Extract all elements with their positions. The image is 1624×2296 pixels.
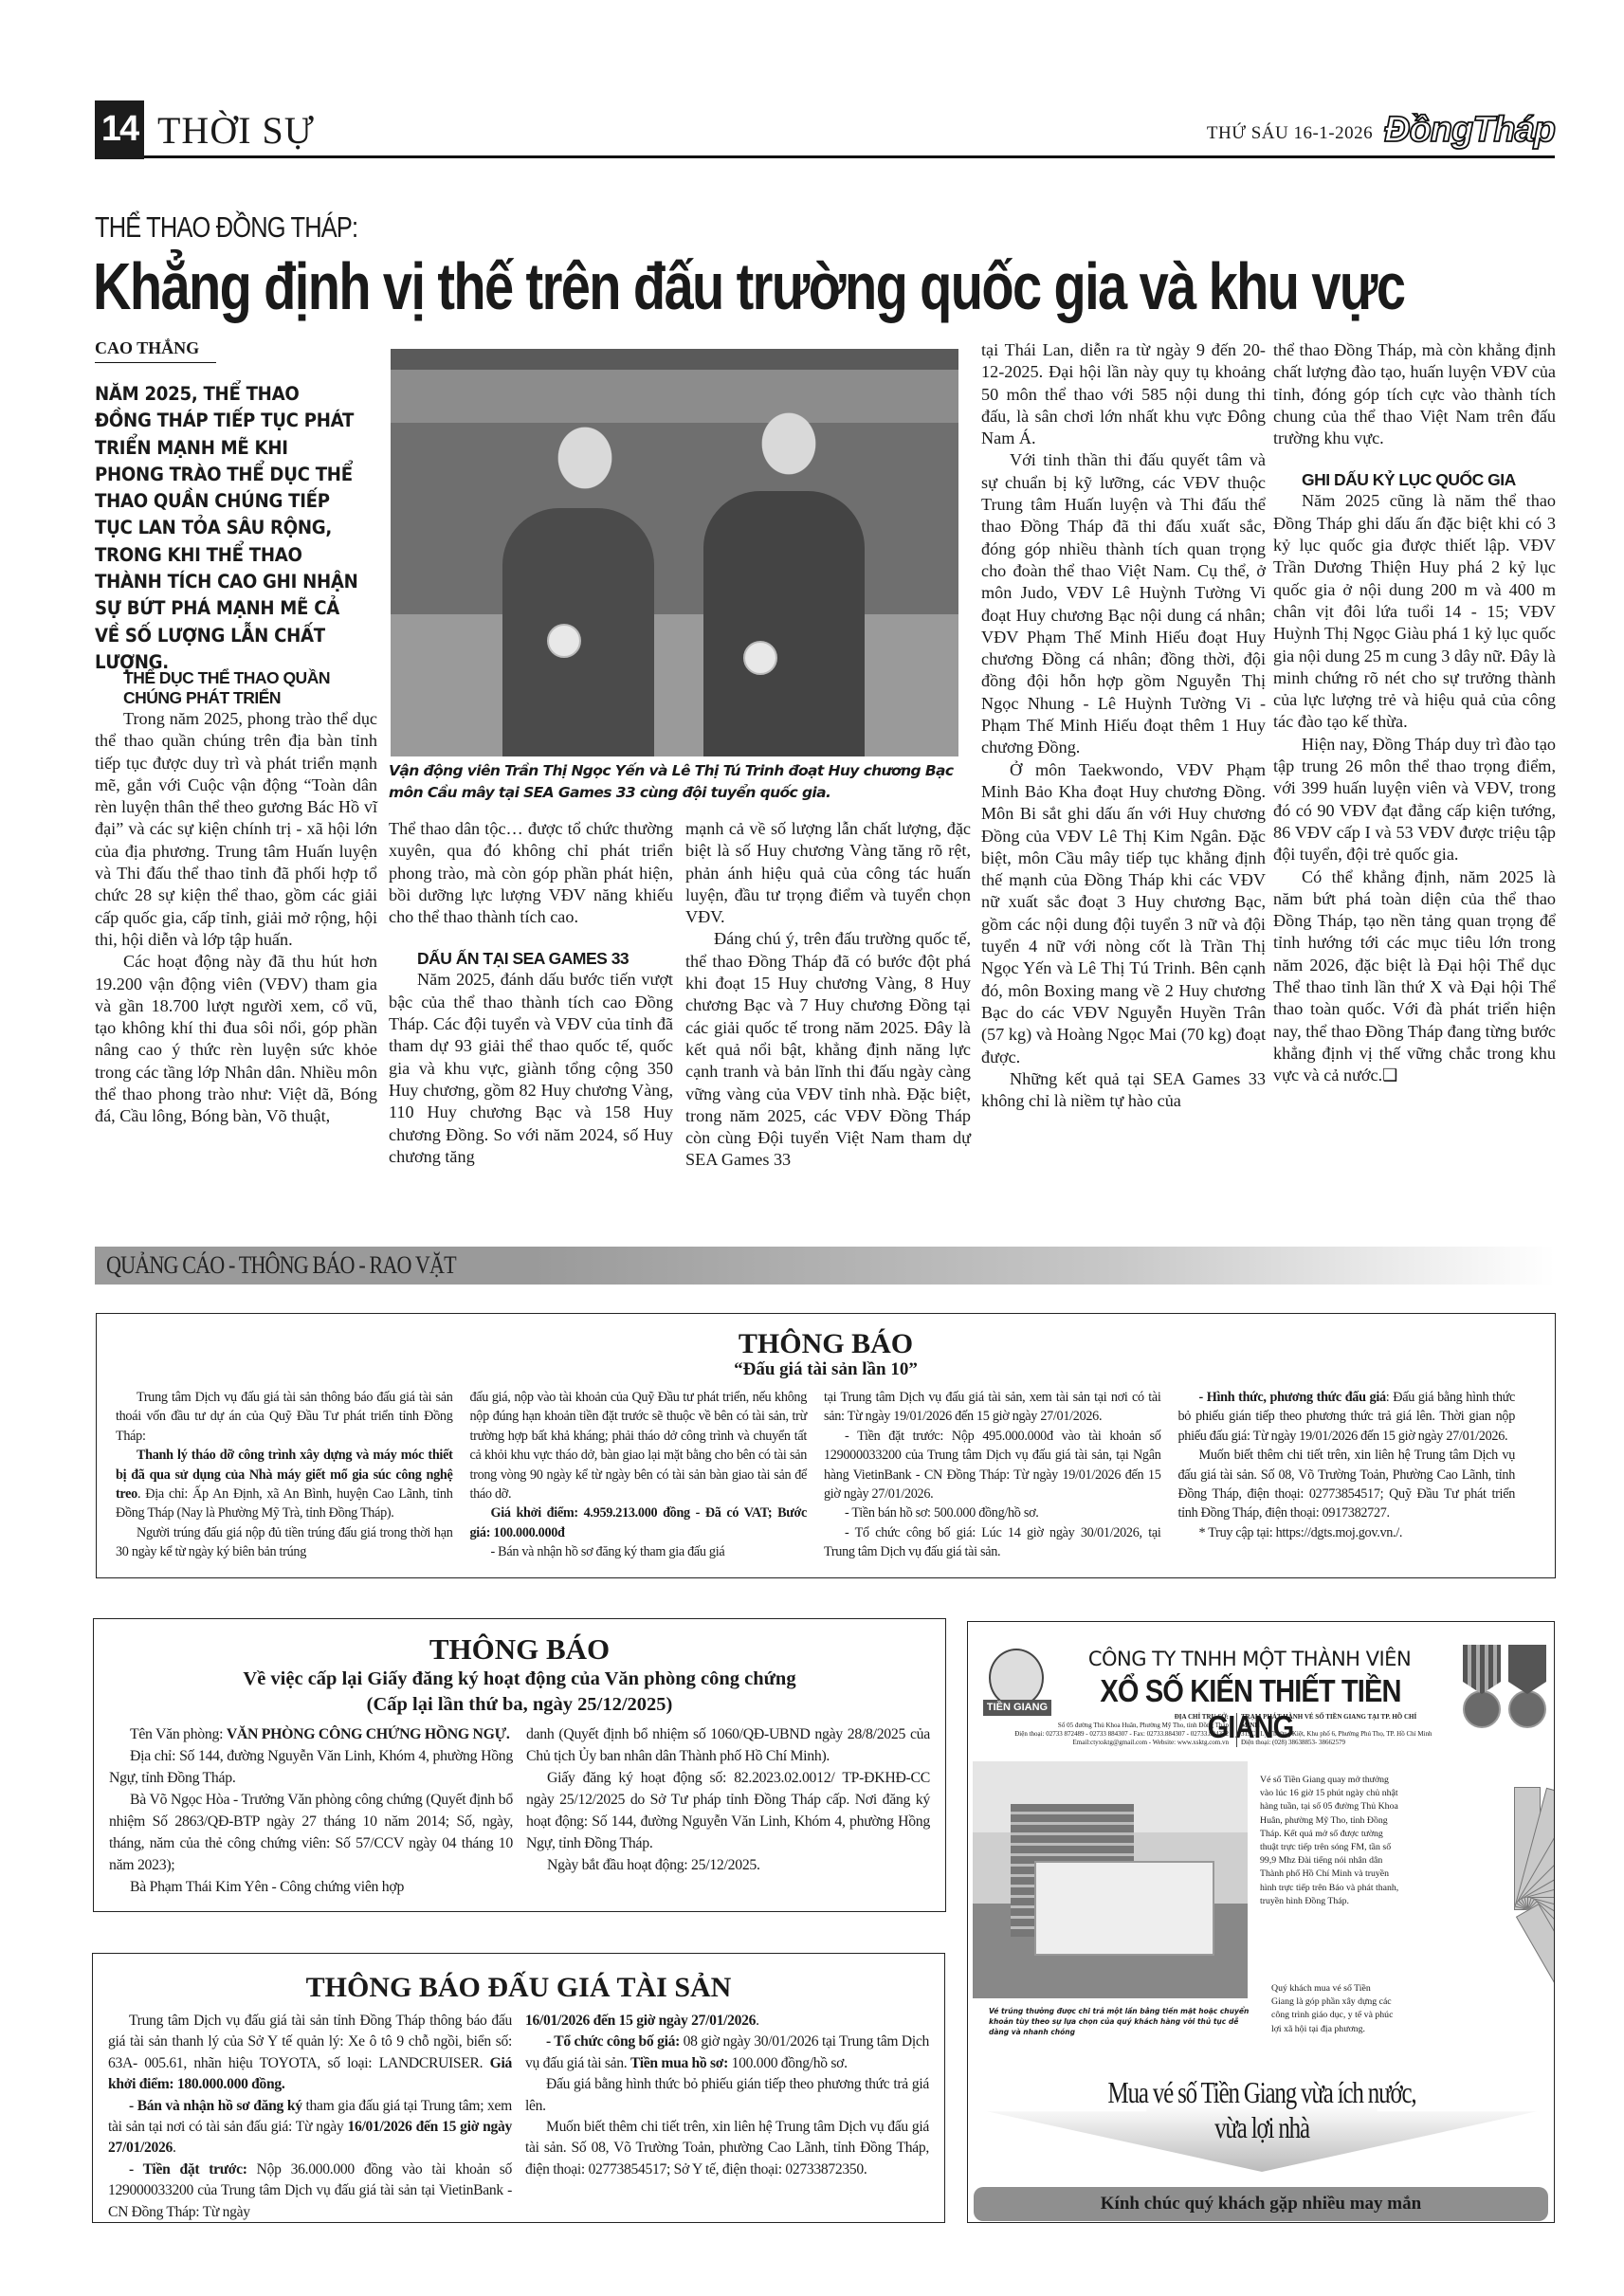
notice-auction-10: THÔNG BÁO “Đấu giá tài sản lần 10” Trung…: [96, 1313, 1556, 1578]
notice-paragraph: Người trúng đấu giá nộp đủ tiền trúng đấ…: [116, 1523, 453, 1562]
notice-paragraph: Thanh lý tháo dỡ công trình xây dựng và …: [116, 1446, 453, 1523]
company-type: CÔNG TY TNHH MỘT THÀNH VIÊN: [1074, 1648, 1425, 1670]
header-right: THỨ SÁU 16-1-2026 ĐồngTháp: [1207, 110, 1555, 150]
hq-address: Số 05 đường Thủ Khoa Huân, Phường Mỹ Tho…: [1006, 1722, 1229, 1730]
notice-column: Trung tâm Dịch vụ đấu giá tài sản tỉnh Đ…: [108, 2011, 512, 2223]
paragraph: Các hoạt động này đã thu hút hơn 19.200 …: [95, 951, 377, 1127]
branch-label: TRẠM PHÁT HÀNH VÉ SỐ TIỀN GIANG TẠI TP. …: [1241, 1713, 1435, 1730]
notice-title: THÔNG BÁO: [97, 1329, 1555, 1359]
notice-subtitle: Về việc cấp lại Giấy đăng ký hoạt động c…: [94, 1667, 945, 1692]
subhead-national-records: GHI DẤU KỶ LỤC QUỐC GIA: [1273, 470, 1556, 490]
paragraph: tại Thái Lan, diễn ra từ ngày 9 đến 20-1…: [981, 339, 1266, 449]
notice-column: đấu giá, nộp vào tài khoản của Quỹ Đầu t…: [470, 1388, 808, 1562]
page-number: 14: [95, 100, 144, 159]
section-name: THỜI SỰ: [157, 108, 315, 153]
paragraph: Ở môn Taekwondo, VĐV Phạm Minh Bảo Kha đ…: [981, 759, 1266, 1068]
issue-date: THỨ SÁU 16-1-2026: [1207, 123, 1373, 150]
paragraph: Năm 2025, đánh dấu bước tiến vượt bậc củ…: [389, 969, 673, 1168]
notice-paragraph: - Tiền bán hồ sơ: 500.000 đồng/hồ sơ.: [824, 1503, 1161, 1522]
paragraph: Trong năm 2025, phong trào thể dục thể t…: [95, 708, 377, 951]
notice-vehicle-auction: THÔNG BÁO ĐẤU GIÁ TÀI SẢN Trung tâm Dịch…: [92, 1953, 945, 2223]
notice-paragraph: Giấy đăng ký hoạt động số: 82.2023.02.00…: [526, 1767, 930, 1854]
notice-paragraph: Trung tâm Dịch vụ đấu giá tài sản thông …: [116, 1388, 453, 1446]
article-column-3: mạnh cả về số lượng lẫn chất lượng, đặc …: [685, 818, 971, 1172]
article-lede: Năm 2025, thể thao Đồng Tháp tiếp tục ph…: [95, 381, 361, 676]
hq-phone: Điện thoại: 02733 872489 - 02733 884307 …: [1006, 1730, 1229, 1739]
website-link[interactable]: * Truy cập tại: https://dgts.moj.gov.vn.…: [1178, 1523, 1516, 1542]
notice-paragraph: - Tổ chức công bố giá: 08 giờ ngày 30/01…: [525, 2032, 929, 2074]
company-building-photo: [973, 1761, 1248, 1998]
page-header: 14 THỜI SỰ THỨ SÁU 16-1-2026 ĐồngTháp: [95, 104, 1555, 158]
notice-paragraph: Trung tâm Dịch vụ đấu giá tài sản tỉnh Đ…: [108, 2011, 512, 2096]
byline: CAO THẮNG: [95, 338, 216, 363]
subhead-mass-sports: THỂ DỤC THỂ THAO QUẦN CHÚNG PHÁT TRIỂN: [95, 668, 377, 708]
starting-price: Giá khởi điểm: 4.959.213.000 đồng - Đã c…: [470, 1505, 808, 1540]
notice-bold-text: - Tiền đặt trước:: [129, 2161, 247, 2178]
medal-icon: [1506, 1645, 1548, 1740]
notice-bold-text: - Bán và nhận hồ sơ đăng ký: [129, 2098, 302, 2114]
notice-text: Tên Văn phòng:: [130, 1726, 227, 1742]
paragraph: Đáng chú ý, trên đấu trường quốc tế, thể…: [685, 928, 971, 1171]
notice-paragraph: - Bán và nhận hồ sơ đăng ký tham gia đấu…: [470, 1542, 808, 1561]
article-kicker: THỂ THAO ĐỒNG THÁP:: [95, 210, 357, 245]
silver-medal-icon: [743, 641, 777, 675]
notice-notary-office: THÔNG BÁO Về việc cấp lại Giấy đăng ký h…: [93, 1618, 946, 1912]
notice-column: Tên Văn phòng: VĂN PHÒNG CÔNG CHỨNG HỒNG…: [109, 1723, 513, 1898]
athlete-figure-right: [703, 491, 865, 756]
branch-phone: Điện thoại: (028) 38638853- 38662579: [1241, 1739, 1435, 1747]
notice-text: . Địa chỉ: Ấp An Định, xã An Bình, huyện…: [116, 1486, 453, 1521]
notice-subtitle: (Cấp lại lần thứ ba, ngày 25/12/2025): [94, 1692, 945, 1718]
office-name: VĂN PHÒNG CÔNG CHỨNG HỒNG NGỰ.: [227, 1726, 510, 1742]
notice-text: Trung tâm Dịch vụ đấu giá tài sản tỉnh Đ…: [108, 2013, 512, 2071]
paragraph: Thể thao dân tộc… được tổ chức thường xu…: [389, 818, 673, 928]
notice-paragraph: đấu giá, nộp vào tài khoản của Quỹ Đầu t…: [470, 1388, 808, 1503]
classifieds-banner-title: QUẢNG CÁO - THÔNG BÁO - RAO VẶT: [106, 1251, 456, 1280]
paragraph: Với tinh thần thi đấu quyết tâm và sự ch…: [981, 449, 1266, 758]
notice-paragraph: - Tổ chức công bố giá: Lúc 14 giờ ngày 3…: [824, 1523, 1161, 1562]
branch-address: 319C1 Lý Thường Kiệt, Khu phố 6, Phường …: [1241, 1730, 1435, 1739]
article-column-2: Thể thao dân tộc… được tổ chức thường xu…: [389, 818, 673, 1168]
notice-paragraph: Giá khởi điểm: 4.959.213.000 đồng - Đã c…: [470, 1503, 808, 1542]
paragraph: Có thể khẳng định, năm 2025 là năm bứt p…: [1273, 866, 1556, 1087]
notice-paragraph: Muốn biết thêm chi tiết trên, xin liên h…: [525, 2117, 929, 2180]
headquarters-info: ĐỊA CHỈ TRỤ SỞ: Số 05 đường Thủ Khoa Huâ…: [1006, 1713, 1229, 1747]
notice-date: 16/01/2026 đến 15 giờ ngày 27/01/2026: [525, 2013, 756, 2029]
article-column-5: thể thao Đồng Tháp, mà còn khẳng định ch…: [1273, 339, 1556, 1087]
branch-info: TRẠM PHÁT HÀNH VÉ SỐ TIỀN GIANG TẠI TP. …: [1236, 1713, 1435, 1747]
notice-column: danh (Quyết định bổ nhiệm số 1060/QĐ-UBN…: [526, 1723, 930, 1898]
notice-column: 16/01/2026 đến 15 giờ ngày 27/01/2026. -…: [525, 2011, 929, 2223]
notice-paragraph: Đấu giá bằng hình thức bỏ phiếu gián tiế…: [525, 2074, 929, 2117]
hq-label: ĐỊA CHỈ TRỤ SỞ:: [1006, 1713, 1229, 1722]
classifieds-banner: QUẢNG CÁO - THÔNG BÁO - RAO VẶT: [95, 1247, 1555, 1285]
notice-paragraph: - Tiền đặt trước: Nộp 36.000.000 đồng và…: [108, 2159, 512, 2223]
contribution-text: Quý khách mua vé số Tiền Giang là góp ph…: [1271, 1982, 1395, 2036]
paragraph: Năm 2025 cũng là năm thể thao Đồng Tháp …: [1273, 490, 1556, 733]
notice-title: THÔNG BÁO ĐẤU GIÁ TÀI SẢN: [93, 1969, 944, 2007]
notice-paragraph: Địa chỉ: Số 144, đường Nguyễn Văn Linh, …: [109, 1745, 513, 1789]
paragraph: mạnh cả về số lượng lẫn chất lượng, đặc …: [685, 818, 971, 928]
notice-paragraph: Ngày bắt đầu hoạt động: 25/12/2025.: [526, 1854, 930, 1876]
notice-paragraph: Bà Phạm Thái Kim Yên - Công chứng viên h…: [109, 1876, 513, 1898]
notice-paragraph: 16/01/2026 đến 15 giờ ngày 27/01/2026.: [525, 2011, 929, 2032]
silver-medal-icon: [547, 624, 581, 658]
notice-bold-text: - Tổ chức công bố giá:: [546, 2033, 680, 2050]
article-column-4: tại Thái Lan, diễn ra từ ngày 9 đến 20-1…: [981, 339, 1266, 1112]
notice-paragraph: danh (Quyết định bổ nhiệm số 1060/QĐ-UBN…: [526, 1723, 930, 1767]
notice-text: 100.000 đồng/hồ sơ.: [728, 2055, 848, 2071]
payout-note: Vé trúng thưởng được chi trả một lần bằn…: [989, 2006, 1254, 2037]
paragraph: Hiện nay, Đồng Tháp duy trì đào tạo tập …: [1273, 734, 1556, 866]
notice-bold-text: - Hình thức, phương thức đấu giá: [1199, 1390, 1386, 1405]
lottery-advertisement: TIỀN GIANG CÔNG TY TNHH MỘT THÀNH VIÊN X…: [967, 1621, 1555, 2223]
notice-paragraph: - Bán và nhận hồ sơ đăng ký tham gia đấu…: [108, 2096, 512, 2159]
notice-title: THÔNG BÁO: [94, 1632, 945, 1667]
notice-paragraph: Muốn biết thêm chi tiết trên, xin liên h…: [1178, 1446, 1516, 1523]
notice-paragraph: - Hình thức, phương thức đấu giá: Đấu gi…: [1178, 1388, 1516, 1446]
subhead-sea-games: DẤU ẤN TẠI SEA GAMES 33: [389, 949, 673, 969]
article-headline: Khẳng định vị thế trên đấu trường quốc g…: [93, 248, 1404, 324]
lottery-slogan: Mua vé số Tiền Giang vừa ích nước, vừa l…: [1106, 2075, 1417, 2145]
medal-icon: [1461, 1645, 1503, 1740]
notice-column: tại Trung tâm Dịch vụ đấu giá tài sản, x…: [824, 1388, 1161, 1562]
notice-column: Trung tâm Dịch vụ đấu giá tài sản thông …: [116, 1388, 453, 1562]
notice-paragraph: - Tiền đặt trước: Nộp 495.000.000đ vào t…: [824, 1427, 1161, 1504]
notice-paragraph: Tên Văn phòng: VĂN PHÒNG CÔNG CHỨNG HỒNG…: [109, 1723, 513, 1745]
lottery-footer-wish: Kính chúc quý khách gặp nhiều may mắn: [974, 2187, 1548, 2221]
building-block: [1034, 1861, 1214, 1956]
notice-column: - Hình thức, phương thức đấu giá: Đấu gi…: [1178, 1388, 1516, 1562]
draw-schedule-text: Vé số Tiền Giang quay mở thưởng vào lúc …: [1260, 1774, 1402, 1908]
athletes-photo: [391, 349, 958, 756]
article-column-1: THỂ DỤC THỂ THAO QUẦN CHÚNG PHÁT TRIỂN T…: [95, 668, 377, 1128]
notice-subtitle: “Đấu giá tài sản lần 10”: [97, 1359, 1555, 1380]
paragraph: thể thao Đồng Tháp, mà còn khẳng định ch…: [1273, 339, 1556, 449]
photo-caption: Vận động viên Trần Thị Ngọc Yến và Lê Th…: [389, 760, 958, 803]
notice-paragraph: Bà Võ Ngọc Hòa - Trưởng Văn phòng công c…: [109, 1789, 513, 1876]
paragraph: Những kết quả tại SEA Games 33 không chỉ…: [981, 1068, 1266, 1113]
masthead-logo: ĐồngTháp: [1384, 110, 1555, 150]
notice-bold-text: Tiền mua hồ sơ:: [630, 2055, 728, 2071]
lottery-tickets-fan-icon: [1404, 1755, 1555, 2039]
lottery-logo-icon: [989, 1649, 1044, 1707]
notice-paragraph: tại Trung tâm Dịch vụ đấu giá tài sản, x…: [824, 1388, 1161, 1427]
hq-email: Email:ctyxsktg@gmail.com - Website: www.…: [1006, 1739, 1229, 1747]
